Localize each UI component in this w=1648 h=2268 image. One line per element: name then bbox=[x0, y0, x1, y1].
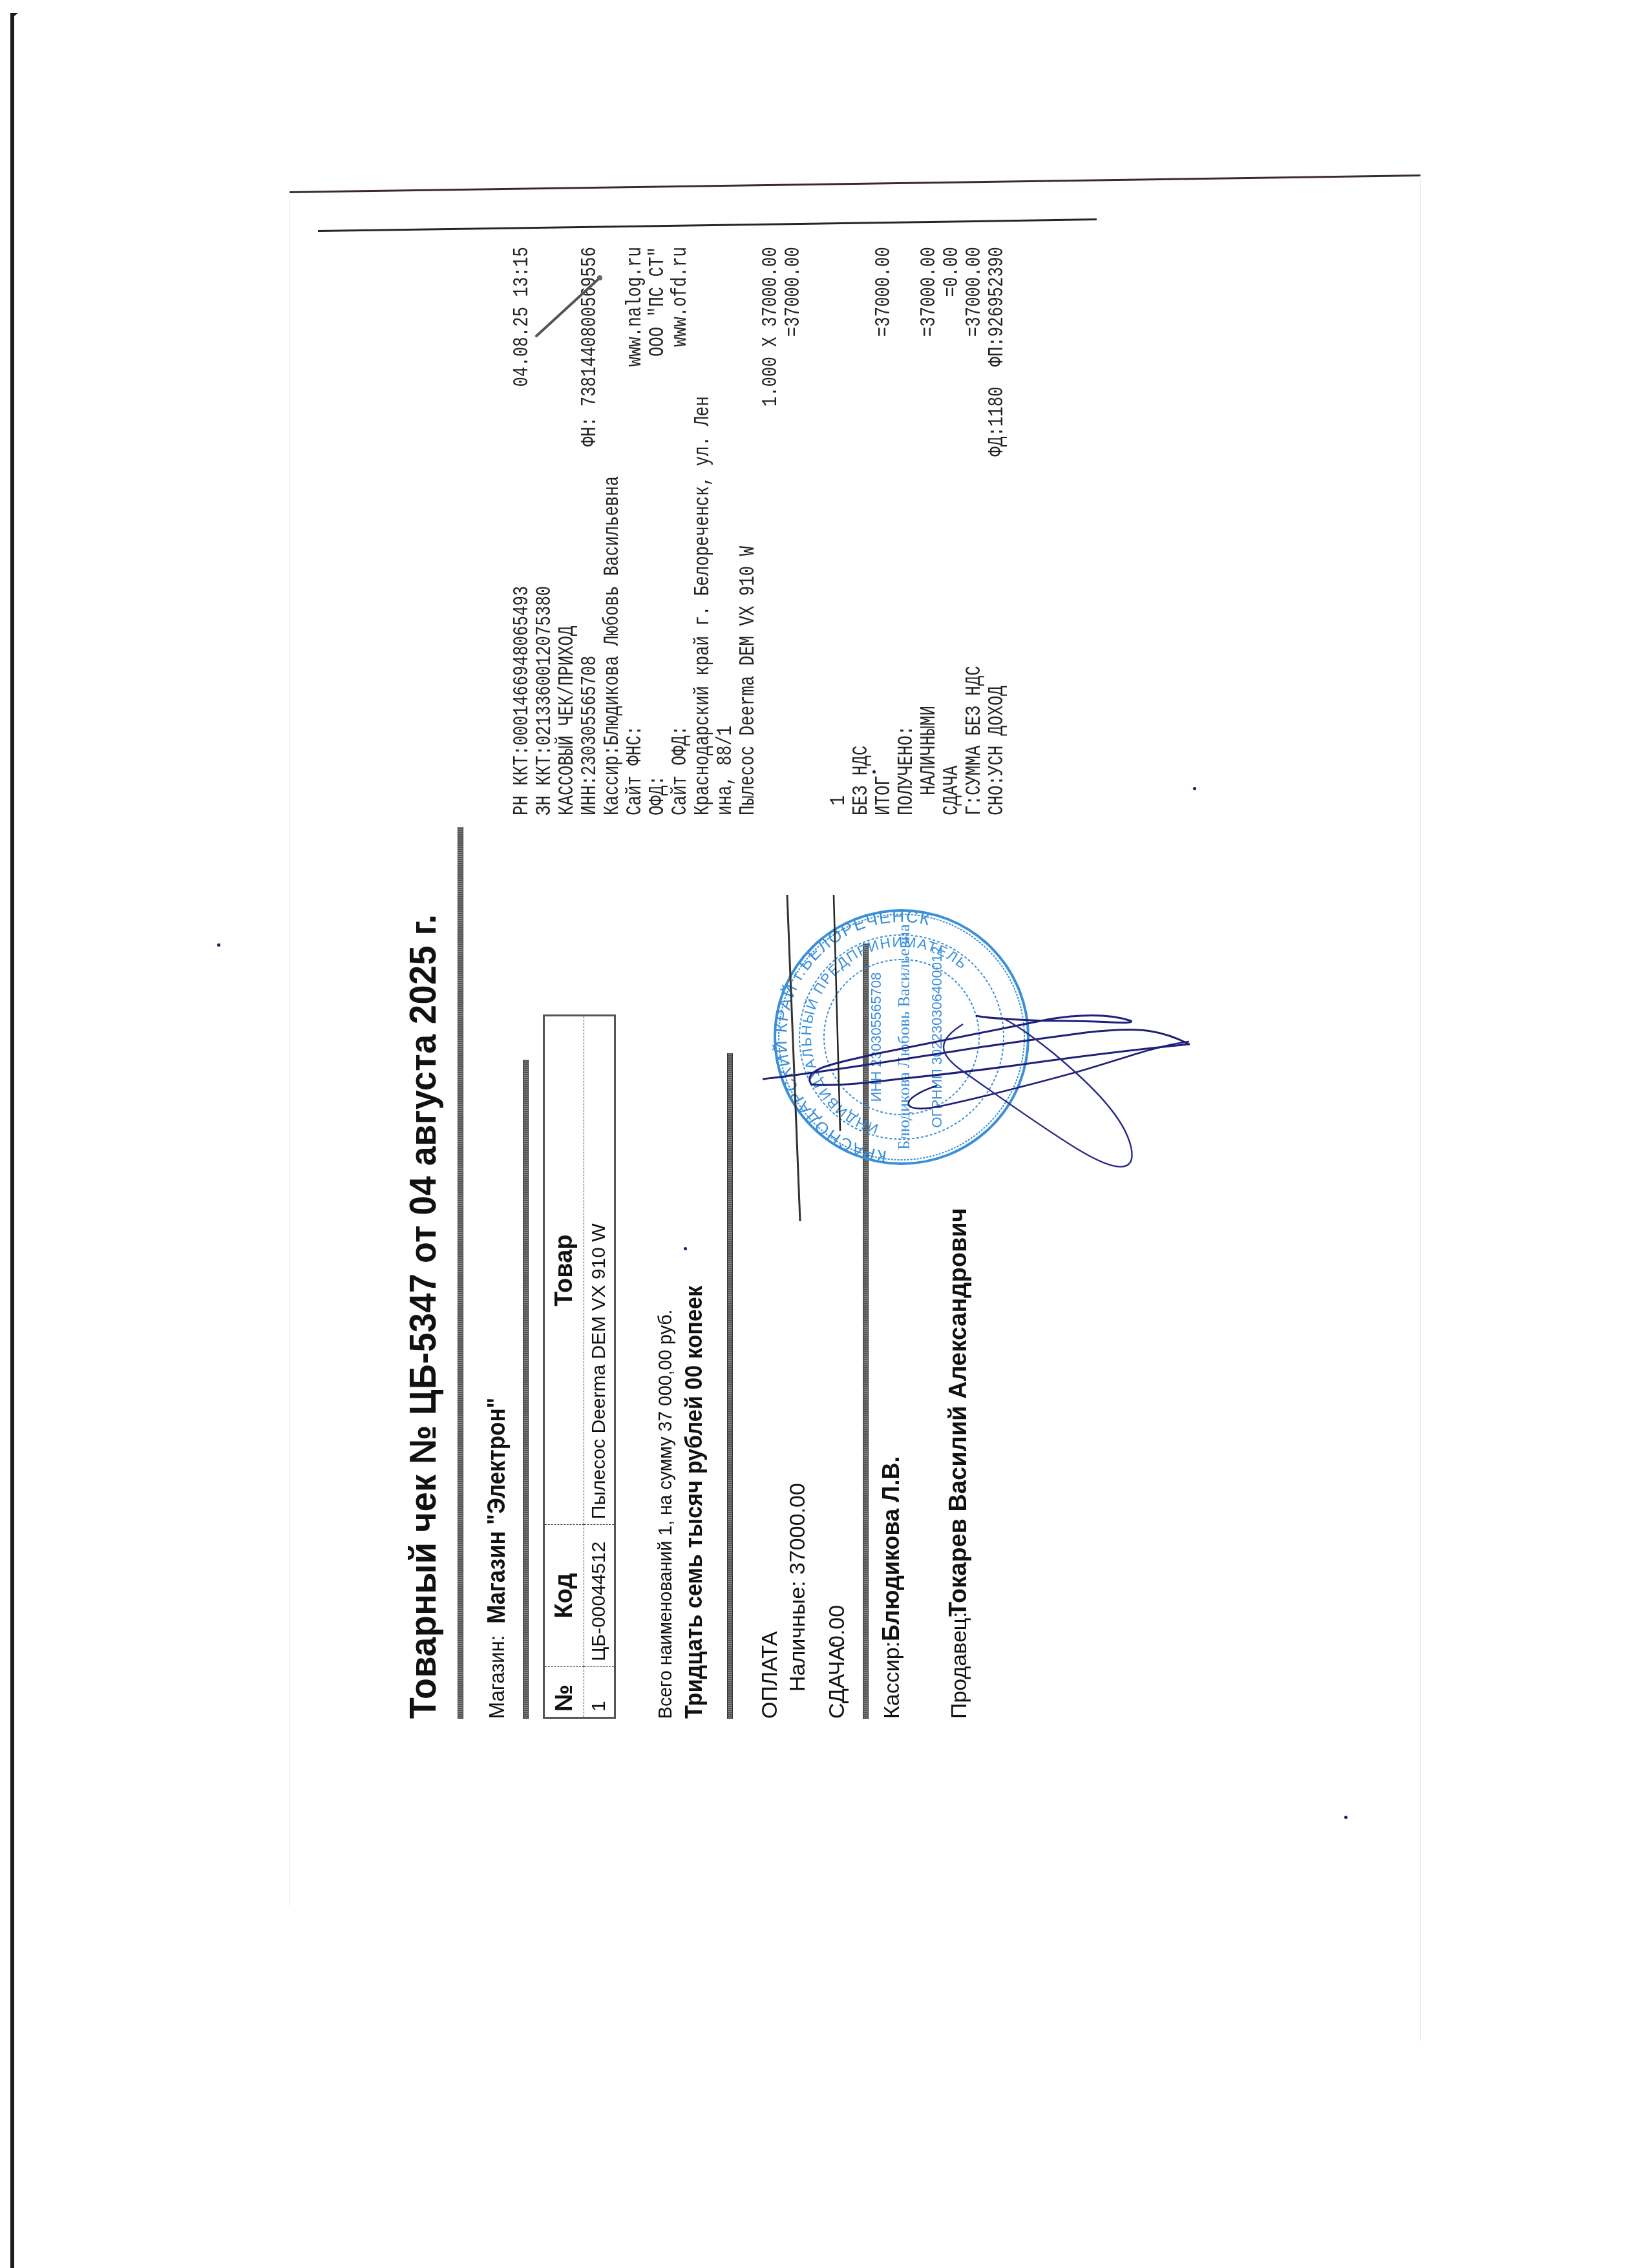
fiscal-text: Краснодарский край г. Белореченск, ул. Л… bbox=[692, 396, 714, 815]
fiscal-line-item-total: =37000.00 bbox=[782, 247, 805, 815]
fiscal-line-item: Пылесос Deerma DEM VX 910 W bbox=[737, 247, 759, 815]
fiscal-text: Сайт ОФД: bbox=[669, 726, 692, 815]
title-divider bbox=[458, 827, 463, 1719]
fiscal-text: БЕЗ НДС bbox=[850, 746, 872, 815]
fiscal-text: Сайт ФНС: bbox=[624, 726, 646, 815]
fiscal-text: РН ККТ:0001466948065493 bbox=[511, 586, 533, 815]
fiscal-line-tax-system: СНО:УСН ДОХОДФД:1180 ФП:926952390 bbox=[986, 247, 1008, 815]
amount-in-words: Тридцать семь тысяч рублей 00 копеек bbox=[681, 872, 708, 1719]
fiscal-text: ОФД: bbox=[646, 775, 669, 815]
fiscal-line-payment-method: 1 bbox=[827, 247, 850, 815]
fiscal-line-fns-site: Сайт ФНС:www.nalog.ru bbox=[624, 247, 646, 815]
shop-row: Магазин: Магазин "Электрон" bbox=[479, 898, 515, 1719]
fiscal-text: ина, 88/1 bbox=[714, 726, 737, 815]
cell-number: 1 bbox=[584, 1666, 615, 1717]
seller-label: Продавец: bbox=[947, 1617, 972, 1719]
fiscal-text: СДАЧА bbox=[940, 766, 963, 815]
fiscal-line-ofd-site: Сайт ОФД:www.ofd.ru bbox=[669, 247, 692, 815]
table-header-row: № Код Товар bbox=[544, 1016, 584, 1718]
column-header-code: Код bbox=[544, 1525, 584, 1667]
cashier-label: Кассир: bbox=[880, 1641, 905, 1719]
fiscal-text: 1 bbox=[827, 795, 850, 815]
fiscal-text: НАЛИЧНЫМИ bbox=[918, 706, 940, 815]
fiscal-text: ЗН ККТ:0213360012075380 bbox=[533, 586, 556, 815]
fiscal-text: СНО:УСН ДОХОД bbox=[986, 686, 1008, 815]
fiscal-text: Кассир:Блюдикова Любовь Васильевна bbox=[601, 476, 624, 815]
signature bbox=[743, 892, 1196, 1228]
cell-code: ЦБ-00044512 bbox=[584, 1525, 615, 1667]
items-summary: Всего наименований 1, на сумму 37 000,00… bbox=[655, 872, 677, 1719]
scan-speck bbox=[217, 943, 220, 947]
scan-speck bbox=[872, 770, 876, 773]
fiscal-text: =37000.00 bbox=[872, 247, 895, 337]
fiscal-text: Г:СУММА БЕЗ НДС bbox=[963, 666, 986, 815]
cell-item: Пылесос Deerma DEM VX 910 W bbox=[584, 1016, 615, 1525]
fiscal-line-received: ПОЛУЧЕНО: bbox=[895, 247, 918, 815]
fiscal-text: Пылесос Deerma DEM VX 910 W bbox=[737, 546, 759, 815]
pen-mark bbox=[530, 271, 620, 349]
shop-name: Магазин "Электрон" bbox=[483, 1398, 511, 1624]
fiscal-text: ООО "ПС СТ" bbox=[646, 247, 669, 357]
scan-speck bbox=[1193, 787, 1196, 790]
receipt-title: Товарный чек № ЦБ-5347 от 04 августа 202… bbox=[401, 890, 446, 1719]
table-row: 1 ЦБ-00044512 Пылесос Deerma DEM VX 910 … bbox=[584, 1016, 615, 1718]
fiscal-line-cash: НАЛИЧНЫМИ=37000.00 bbox=[918, 247, 940, 815]
fiscal-text: www.nalog.ru bbox=[624, 247, 646, 366]
items-table: № Код Товар 1 ЦБ-00044512 Пылесос Deerma… bbox=[543, 1014, 616, 1719]
fiscal-line-change: СДАЧА=0.00 bbox=[940, 247, 963, 815]
scan-speck bbox=[684, 1247, 687, 1250]
fiscal-text: ФД:1180 ФП:926952390 bbox=[986, 247, 1008, 456]
cashier-name: Блюдикова Л.В. bbox=[878, 1456, 905, 1641]
change-value: 0.00 bbox=[825, 1605, 850, 1648]
shop-divider bbox=[523, 1060, 529, 1719]
column-header-item: Товар bbox=[544, 1016, 584, 1525]
summary-divider bbox=[727, 1053, 733, 1719]
fiscal-line-qty: 1.000 X 37000.00 bbox=[759, 247, 782, 815]
fiscal-text: КАССОВЫЙ ЧЕК/ПРИХОД bbox=[556, 626, 578, 815]
fiscal-line-vat: БЕЗ НДС bbox=[850, 247, 872, 815]
fiscal-line-address-cont: ина, 88/1 bbox=[714, 247, 737, 815]
fiscal-line-sum-no-vat: Г:СУММА БЕЗ НДС=37000.00 bbox=[963, 247, 986, 815]
fiscal-text: ПОЛУЧЕНО: bbox=[895, 726, 918, 815]
fiscal-text: =0.00 bbox=[940, 247, 963, 297]
fiscal-line-total: ИТОГ=37000.00 bbox=[872, 247, 895, 815]
fiscal-text: =37000.00 bbox=[918, 247, 940, 337]
fiscal-text: =37000.00 bbox=[782, 247, 805, 337]
fiscal-text: ИНН:230305565708 bbox=[578, 656, 601, 815]
scan-speck bbox=[1344, 1816, 1347, 1819]
fiscal-text: www.ofd.ru bbox=[669, 247, 692, 346]
fiscal-text: ИТОГ bbox=[872, 775, 895, 815]
fiscal-text: =37000.00 bbox=[963, 247, 986, 337]
shop-label: Магазин: bbox=[485, 1624, 510, 1719]
change-label: СДАЧА: bbox=[825, 1648, 850, 1719]
seller-name: Токарев Василий Александрович bbox=[945, 1208, 973, 1617]
column-header-number: № bbox=[544, 1666, 584, 1717]
fiscal-line-address: Краснодарский край г. Белореченск, ул. Л… bbox=[692, 247, 714, 815]
fiscal-line-ofd: ОФД:ООО "ПС СТ" bbox=[646, 247, 669, 815]
fiscal-text: 1.000 X 37000.00 bbox=[759, 247, 782, 406]
fiscal-spacer bbox=[805, 247, 827, 815]
